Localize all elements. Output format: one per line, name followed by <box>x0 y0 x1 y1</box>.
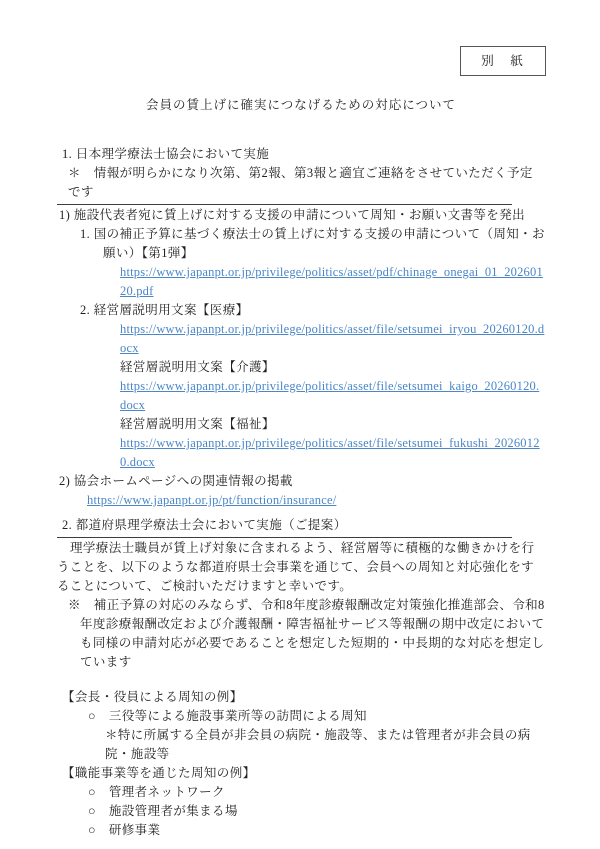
subsection-2-heading: 2) 協会ホームページへの関連情報の掲載 <box>57 472 545 491</box>
link-setsumei-fukushi-docx[interactable]: https://www.japanpt.or.jp/privilege/poli… <box>120 436 540 469</box>
link-insurance-page[interactable]: https://www.japanpt.or.jp/pt/function/in… <box>87 493 336 507</box>
section1-divider <box>57 204 512 205</box>
section2-divider <box>57 537 512 538</box>
link-setsumei-kaigo-docx[interactable]: https://www.japanpt.or.jp/privilege/poli… <box>120 379 539 412</box>
attachment-label: 別 紙 <box>481 52 525 71</box>
link-block-setsumei-fukushi: https://www.japanpt.or.jp/privilege/poli… <box>57 434 545 472</box>
doc-label-kaigo: 経営層説明用文案【介護】 <box>57 358 545 377</box>
link-block-insurance: https://www.japanpt.or.jp/pt/function/in… <box>57 491 545 510</box>
document-content: 会員の賃上げに確実につなげるための対応について 1. 日本理学療法士協会において… <box>0 0 600 840</box>
section2-paragraph: 理学療法士職員が賃上げ対象に含まれるよう、経営層等に積極的な働きかけを行うことを… <box>57 539 545 596</box>
numbered-item-1: 1. 国の補正予算に基づく療法士の賃上げに対する支援の申請について（周知・お願い… <box>57 225 545 263</box>
section1-note: ＊ 情報が明らかになり次第、第2報、第3報と適宜ご連絡をさせていただく予定です <box>57 164 545 202</box>
examples-officers-heading: 【会長・役員による周知の例】 <box>57 688 545 707</box>
list-item-visit: ○ 三役等による施設事業所等の訪問による周知 <box>57 707 545 726</box>
section2-heading: 2. 都道府県理学療法士会において実施（ご提案） <box>57 516 545 535</box>
list-item-manager-network: ○ 管理者ネットワーク <box>57 783 545 802</box>
document-page: 別 紙 会員の賃上げに確実につなげるための対応について 1. 日本理学療法士協会… <box>0 0 600 849</box>
link-chinage-onegai-pdf[interactable]: https://www.japanpt.or.jp/privilege/poli… <box>120 265 543 298</box>
numbered-item-2: 2. 経営層説明用文案【医療】 <box>57 301 545 320</box>
link-block-setsumei-iryou: https://www.japanpt.or.jp/privilege/poli… <box>57 320 545 358</box>
link-setsumei-iryou-docx[interactable]: https://www.japanpt.or.jp/privilege/poli… <box>120 322 544 355</box>
list-item-training: ○ 研修事業 <box>57 821 545 840</box>
section1-heading: 1. 日本理学療法士協会において実施 <box>57 145 545 164</box>
examples-officers-footnote: ＊特に所属する全員が非会員の病院・施設等、または管理者が非会員の病院・施設等 <box>57 726 545 764</box>
examples-programs-heading: 【職能事業等を通じた周知の例】 <box>57 764 545 783</box>
section2-note: ※ 補正予算の対応のみならず、令和8年度診療報酬改定対策強化推進部会、令和8年度… <box>57 596 545 672</box>
doc-label-fukushi: 経営層説明用文案【福祉】 <box>57 415 545 434</box>
list-item-manager-gathering: ○ 施設管理者が集まる場 <box>57 802 545 821</box>
attachment-label-box: 別 紙 <box>460 46 546 76</box>
document-title: 会員の賃上げに確実につなげるための対応について <box>57 96 545 115</box>
link-block-setsumei-kaigo: https://www.japanpt.or.jp/privilege/poli… <box>57 377 545 415</box>
subsection-1-heading: 1) 施設代表者宛に賃上げに対する支援の申請について周知・お願い文書等を発出 <box>57 206 545 225</box>
link-block-chinage: https://www.japanpt.or.jp/privilege/poli… <box>57 263 545 301</box>
